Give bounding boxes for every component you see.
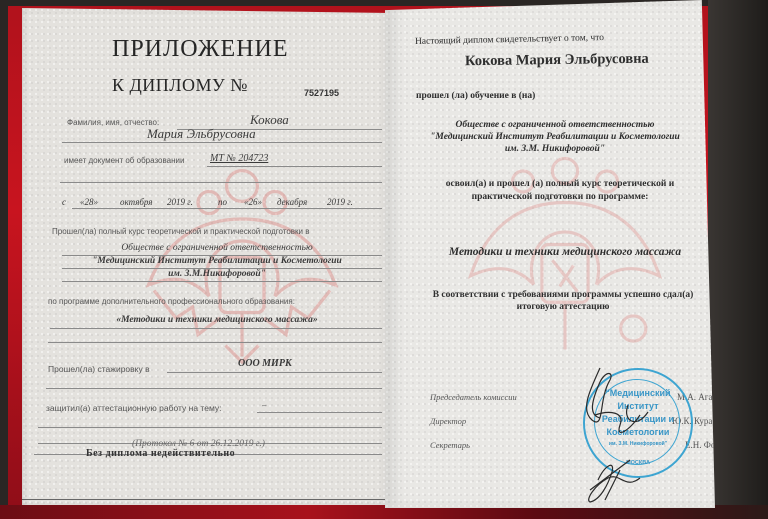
institution-line-3: им. З.М. Никифоровой" [415,144,695,154]
rule-line [207,166,382,167]
appendix-subtitle: К ДИПЛОМУ № [112,75,248,96]
education-doc-value: МТ № 204723 [210,153,268,164]
rule-line [60,182,382,183]
full-name-label: Фамилия, имя, отчество: [67,118,159,127]
signatory-role: Секретарь [430,440,470,450]
rule-line [50,328,382,329]
institution-line-1: Обществе с ограниченной ответственностью [415,120,695,130]
period-to-day: «26» [244,197,262,207]
period-from-year: 2019 г. [167,197,193,207]
completed-line-1: освоил(а) и прошел (а) полный курс теоре… [415,179,705,189]
program-name: Методики и техники медицинского массажа [415,246,715,258]
period-from-prefix: с [62,197,66,207]
seal-city: МОСКВА [585,460,691,466]
program-value: «Методики и техники медицинского массажа… [52,315,382,325]
seal-line: Реабилитации и [585,414,691,424]
validity-note: Без диплома недействительно [86,448,235,459]
education-doc-label: имеет документ об образовании [64,156,184,165]
rule-line [167,372,382,373]
rule-line [46,388,382,389]
period-to-prefix: по [218,197,227,207]
internship-value: ООО МИРК [238,358,292,369]
institution-line-3: им. З.М.Никифоровой" [52,269,382,279]
intro-text: Настоящий диплом свидетельствует о том, … [415,33,604,47]
diploma-number: 7527195 [304,88,339,98]
period-from-day: «28» [80,197,98,207]
appendix-page: ПРИЛОЖЕНИЕ К ДИПЛОМУ № 7527195 Фамилия, … [22,8,392,505]
page-bottom-rule [22,499,392,500]
institution-line-1: Обществе с ограниченной ответственностью [52,243,382,253]
period-to-month: декабря [277,197,307,207]
program-label: по программе дополнительного профессиона… [48,297,295,306]
seal-line: "Медицинский [585,388,691,398]
rule-line [62,142,382,143]
seal-line: им. З.М. Никифоровой" [585,441,691,447]
institution-line-2: "Медицинский Институт Реабилитации и Кос… [52,256,382,266]
rule-line [62,281,382,282]
period-from-month: октября [120,197,152,207]
signatory-role: Председатель комиссии [430,392,517,402]
attestation-line-2: итоговую аттестацию [413,302,713,312]
rule-line [72,208,382,209]
course-label: Прошел(ла) полный курс теоретической и п… [52,227,309,236]
appendix-title: ПРИЛОЖЕНИЕ [112,36,289,63]
rule-line [257,412,382,413]
diploma-page: Настоящий диплом свидетельствует о том, … [385,0,715,508]
rule-line [48,342,382,343]
completed-line-2: практической подготовки по программе: [415,192,705,202]
signatory-role: Директор [430,416,466,426]
seal-line: Институт [585,401,691,411]
period-to-year: 2019 г. [327,197,353,207]
rule-line [38,427,382,428]
attestation-line-1: В соответствии с требованиями программы … [413,290,713,300]
holder-name: Кокова Мария Эльбрусовна [465,51,649,71]
institution-line-2: "Медицинский Институт Реабилитации и Кос… [415,132,695,142]
seal-line: Косметологии [585,427,691,437]
thesis-value: – [262,401,266,410]
background-surface [708,0,768,519]
page-edge-shadow [22,8,28,505]
thesis-label: защитил(а) аттестационную работу на тему… [46,403,222,413]
studied-label: прошел (ла) обучение в (на) [416,91,535,101]
internship-label: Прошел(ла) стажировку в [48,364,150,374]
first-middle-name-value: Мария Эльбрусовна [147,126,256,142]
institution-seal: "Медицинский Институт Реабилитации и Кос… [583,368,693,478]
